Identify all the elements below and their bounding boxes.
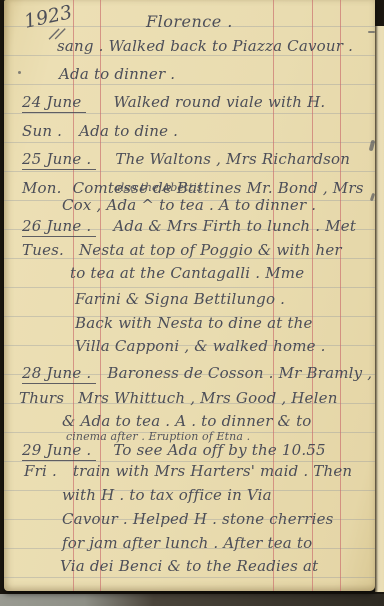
diary-line: Cox , Ada ^ to tea . A to dinner . (62, 196, 316, 215)
diary-entry-line: Fri . train with Mrs Harters' maid . The… (24, 462, 352, 481)
diary-entry-line: Thurs Mrs Whittuch , Mrs Good , Helen (19, 389, 338, 408)
diary-line: with H . to tax office in Via (62, 486, 272, 505)
margin-line-right-2 (312, 0, 313, 591)
line-text: for jam after lunch . After tea to (62, 534, 312, 552)
diary-line: & Ada to tea . A . to dinner & to (62, 412, 312, 431)
desk-surface (0, 594, 384, 606)
line-text: sang . Walked back to Piazza Cavour . (57, 37, 353, 55)
line-text: Ada & Mrs Firth to lunch . Met (113, 217, 356, 235)
line-text: train with Mrs Harters' maid . Then (73, 462, 352, 480)
entry-date: 24 June (22, 93, 86, 113)
diary-entry-line: 29 June . To see Ada off by the 10.55 (22, 441, 326, 460)
line-text: Ada to dinner . (59, 65, 175, 83)
interline-insertion: also the Abettis (114, 181, 202, 195)
diary-line: Ada to dinner . (59, 65, 175, 84)
entry-date: 28 June . (22, 364, 96, 384)
diary-line: Back with Nesta to dine at the (75, 314, 313, 333)
diary-entry-line: 28 June . Baroness de Cosson . Mr Bramly… (22, 364, 372, 383)
diary-line: Cavour . Helped H . stone cherries (62, 510, 334, 529)
diary-entry-line: Tues. Nesta at top of Poggio & with her (22, 241, 342, 260)
entry-date: 29 June . (22, 441, 96, 461)
diary-page: 1923 Florence . sang . Walked back to Pi… (4, 0, 375, 591)
entry-date: 26 June . (22, 217, 96, 237)
entry-day: Fri . (24, 462, 57, 480)
diary-entry-line: 24 June Walked round viale with H. (22, 93, 325, 112)
line-text: also the Abettis (114, 181, 202, 194)
diary-line: sang . Walked back to Piazza Cavour . (57, 37, 353, 56)
line-text: To see Ada off by the 10.55 (113, 441, 325, 459)
diary-line: to tea at the Cantagalli . Mme (70, 264, 304, 283)
diary-line: Via dei Benci & to the Readies at (60, 557, 318, 576)
diary-line: for jam after lunch . After tea to (62, 534, 312, 553)
next-page-edge (375, 26, 384, 592)
diary-entry-line: 25 June . The Waltons , Mrs Richardson (22, 150, 350, 169)
entry-day: Mon. (22, 179, 62, 197)
entry-date: 25 June . (22, 150, 96, 170)
line-text: Walked round viale with H. (113, 93, 325, 111)
margin-line-right-3 (340, 0, 341, 591)
line-text: & Ada to tea . A . to dinner & to (62, 412, 312, 430)
line-text: to tea at the Cantagalli . Mme (70, 264, 304, 282)
diary-line: Farini & Signa Bettilungo . (75, 290, 285, 309)
line-text: Cox , Ada ^ to tea . A to dinner . (62, 196, 316, 214)
diary-line: Villa Capponi , & walked home . (75, 337, 326, 356)
line-text: Ada to dine . (79, 122, 178, 140)
page-title: Florence . (146, 12, 233, 31)
line-text: Farini & Signa Bettilungo . (75, 290, 285, 308)
diary-entry-line: 26 June . Ada & Mrs Firth to lunch . Met (22, 217, 356, 236)
entry-day: Thurs (19, 389, 64, 407)
line-text: Back with Nesta to dine at the (75, 314, 313, 332)
entry-day: Tues. (22, 241, 64, 259)
line-text: Baroness de Cosson . Mr Bramly , (107, 364, 372, 382)
ink-mark (18, 71, 21, 74)
entry-day: Sun . (22, 122, 62, 140)
line-text: Mrs Whittuch , Mrs Good , Helen (78, 389, 337, 407)
ink-mark (368, 31, 375, 33)
line-text: Villa Capponi , & walked home . (75, 337, 326, 355)
line-text: with H . to tax office in Via (62, 486, 272, 504)
line-text: Cavour . Helped H . stone cherries (62, 510, 334, 528)
line-text: The Waltons , Mrs Richardson (115, 150, 350, 168)
line-text: Nesta at top of Poggio & with her (79, 241, 342, 259)
line-text: Via dei Benci & to the Readies at (60, 557, 318, 575)
diary-entry-line: Sun . Ada to dine . (22, 122, 178, 141)
